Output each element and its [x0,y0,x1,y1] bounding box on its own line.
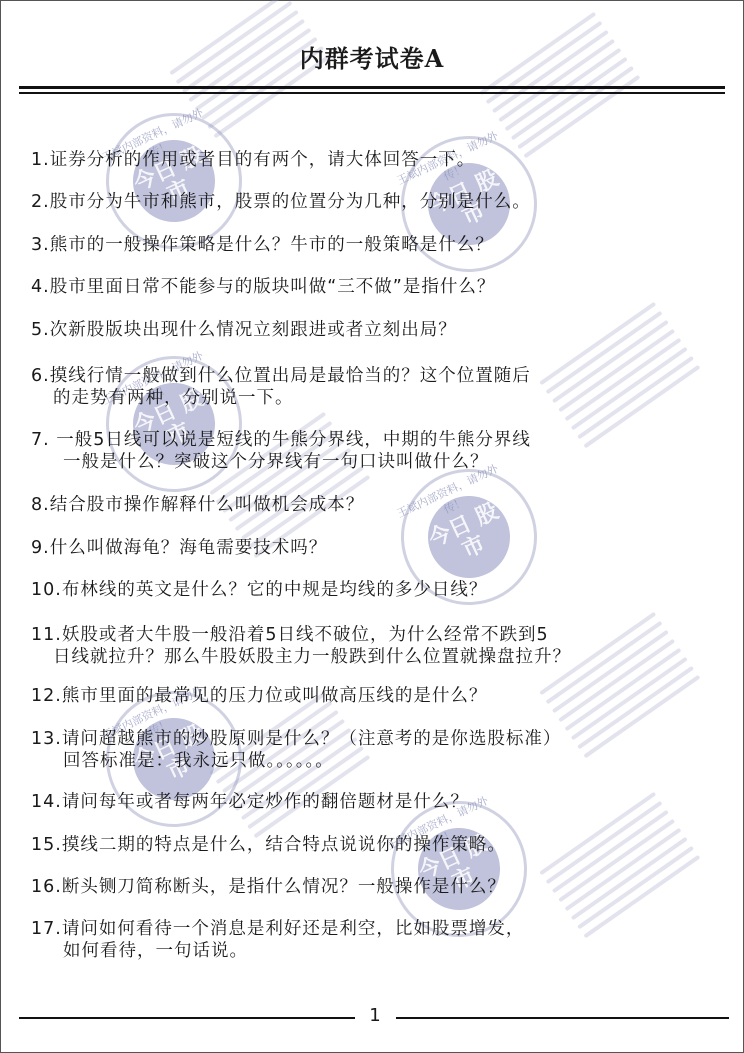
question-number: 4. [31,277,50,297]
question-item: 14.请问每年或者每两年必定炒作的翻倍题材是什么？ [31,791,469,813]
question-number: 10. [31,580,62,600]
question-text: 摸线行情一般做到什么位置出局是最恰当的？这个位置随后 [50,366,531,386]
question-text: 妖股或者大牛股一般沿着5日线不破位，为什么经常不跌到5 [62,625,549,645]
question-item: 13.请问超越熊市的炒股原则是什么？（注意考的是你选股标准）回答标准是：我永远只… [31,728,561,772]
question-text: 熊市里面的最常见的压力位或叫做高压线的是什么？ [62,686,488,706]
question-item: 3.熊市的一般操作策略是什么？牛市的一般策略是什么？ [31,234,494,256]
question-text: 什么叫做海龟？海龟需要技术吗？ [50,538,328,558]
question-number: 2. [31,192,50,212]
question-text: 请问超越熊市的炒股原则是什么？（注意考的是你选股标准） [62,729,562,749]
exam-page: 王斌内部资料，请勿外传！ 今日 股市 王斌内部资料，请勿外传！ 今日 股市 王斌… [0,0,744,1053]
question-number: 9. [31,538,50,558]
question-number: 1. [31,150,50,170]
question-number: 15. [31,835,62,855]
question-text: 请问如何看待一个消息是利好还是利空，比如股票增发， [62,919,525,939]
title-divider-thick [19,86,725,89]
question-item: 7. 一般5日线可以说是短线的牛熊分界线，中期的牛熊分界线一般是什么？突破这个分… [31,429,531,473]
footer-rule-left [19,1017,355,1019]
question-item: 2.股市分为牛市和熊市，股票的位置分为几种，分别是什么。 [31,191,531,213]
question-number: 3. [31,235,50,255]
page-number: 1 [365,1005,385,1026]
question-number: 5. [31,320,50,340]
question-item: 17.请问如何看待一个消息是利好还是利空，比如股票增发，如何看待，一句话说。 [31,918,524,962]
question-text: 摸线二期的特点是什么，结合特点说说你的操作策略。 [62,835,506,855]
stamp-ring-text: 王斌内部资料，请勿外传！ [90,100,221,184]
question-number: 12. [31,686,62,706]
question-text: 次新股版块出现什么情况立刻跟进或者立刻出局？ [50,320,457,340]
question-text: 断头铡刀简称断头，是指什么情况？一般操作是什么？ [62,877,506,897]
question-number: 11. [31,625,62,645]
question-text-continued: 如何看待，一句话说。 [31,940,524,962]
question-text-continued: 一般是什么？突破这个分界线有一句口诀叫做什么？ [31,451,531,473]
question-item: 10.布林线的英文是什么？它的中规是均线的多少日线？ [31,579,487,601]
watermark-stamp: 王斌内部资料，请勿外传！ 今日 股市 [84,334,265,515]
question-item: 6.摸线行情一般做到什么位置出局是最恰当的？这个位置随后的走势有两种，分别说一下… [31,365,531,409]
question-text: 证券分析的作用或者目的有两个，请大体回答一下。 [50,150,476,170]
page-title: 内群考试卷A [1,39,743,74]
question-text-continued: 回答标准是：我永远只做。。。。。。 [31,750,561,772]
footer-rule-right [396,1017,729,1019]
wave-pattern [539,302,723,481]
question-number: 7. [31,430,56,450]
question-number: 6. [31,366,50,386]
stamp-center-text: 今日 股市 [405,815,514,924]
question-number: 17. [31,919,62,939]
question-item: 12.熊市里面的最常见的压力位或叫做高压线的是什么？ [31,685,487,707]
question-number: 16. [31,877,62,897]
question-number: 8. [31,495,50,515]
question-number: 13. [31,729,62,749]
question-item: 1.证券分析的作用或者目的有两个，请大体回答一下。 [31,149,475,171]
question-text: 熊市的一般操作策略是什么？牛市的一般策略是什么？ [50,235,494,255]
question-item: 16.断头铡刀简称断头，是指什么情况？一般操作是什么？ [31,876,506,898]
question-text: 布林线的英文是什么？它的中规是均线的多少日线？ [62,580,488,600]
question-item: 8.结合股市操作解释什么叫做机会成本？ [31,494,364,516]
question-text: 请问每年或者每两年必定炒作的翻倍题材是什么？ [62,792,469,812]
question-item: 9.什么叫做海龟？海龟需要技术吗？ [31,537,327,559]
question-item: 5.次新股版块出现什么情况立刻跟进或者立刻出局？ [31,319,457,341]
title-divider-thin [19,92,725,94]
stamp-center-text: 今日 股市 [415,483,524,592]
question-text-continued: 日线就拉升？那么牛股妖股主力一般跌到什么位置就操盘拉升？ [31,646,571,668]
question-number: 14. [31,792,62,812]
question-text-continued: 的走势有两种，分别说一下。 [31,387,531,409]
question-text: 结合股市操作解释什么叫做机会成本？ [50,495,365,515]
wave-pattern [539,792,723,971]
question-text: 一般5日线可以说是短线的牛熊分界线，中期的牛熊分界线 [56,430,531,450]
question-item: 4.股市里面日常不能参与的版块叫做“三不做”是指什么？ [31,276,495,298]
question-item: 11.妖股或者大牛股一般沿着5日线不破位，为什么经常不跌到5日线就拉升？那么牛股… [31,624,571,668]
stamp-center-text: 今日 股市 [120,127,229,236]
question-item: 15.摸线二期的特点是什么，结合特点说说你的操作策略。 [31,834,506,856]
question-text: 股市里面日常不能参与的版块叫做“三不做”是指什么？ [50,277,496,297]
question-text: 股市分为牛市和熊市，股票的位置分为几种，分别是什么。 [50,192,531,212]
